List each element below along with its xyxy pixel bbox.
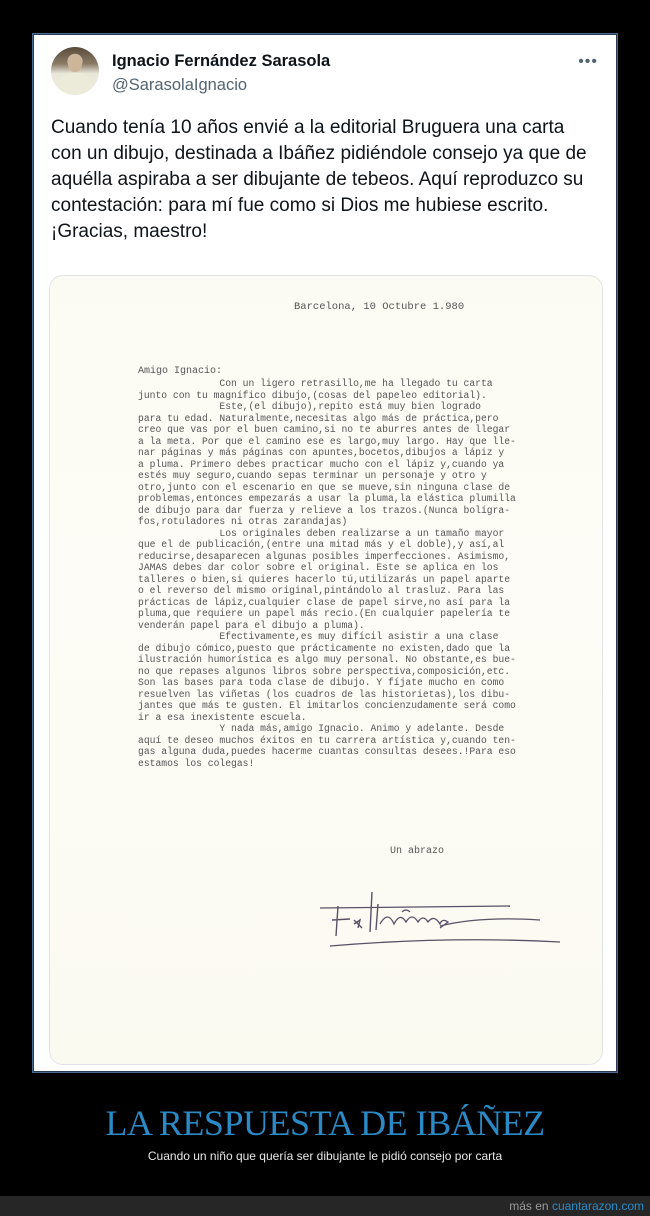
avatar-head <box>68 54 82 72</box>
footer-prefix: más en <box>509 1199 548 1213</box>
letter-closing: Un abrazo <box>390 846 444 858</box>
letter-image[interactable]: Barcelona, 10 Octubre 1.980 Amigo Ignaci… <box>49 275 603 1065</box>
meme-headline: LA RESPUESTA DE IBÁÑEZ <box>0 1102 650 1144</box>
tweet-screenshot-frame: Ignacio Fernández Sarasola @SarasolaIgna… <box>32 33 618 1073</box>
site-link[interactable]: cuantarazon.com <box>552 1199 644 1213</box>
more-horizontal-icon[interactable]: ••• <box>578 53 598 71</box>
site-footer: más en cuantarazon.com <box>0 1196 650 1216</box>
author-name[interactable]: Ignacio Fernández Sarasola <box>112 52 330 71</box>
letter-body: Con un ligero retrasillo,me ha llegado t… <box>138 378 598 769</box>
tweet-text: Cuando tenía 10 años envié a la editoria… <box>51 115 596 245</box>
author-avatar[interactable] <box>51 47 99 95</box>
letter-greeting: Amigo Ignacio: <box>138 366 222 378</box>
signature-icon: F. Ibáñez <box>310 886 570 956</box>
typed-letter: Barcelona, 10 Octubre 1.980 Amigo Ignaci… <box>50 276 602 1064</box>
letter-date: Barcelona, 10 Octubre 1.980 <box>294 302 464 314</box>
avatar-sweater <box>59 73 91 95</box>
author-handle[interactable]: @SarasolaIgnacio <box>112 76 247 95</box>
meme-subheadline: Cuando un niño que quería ser dibujante … <box>0 1149 650 1163</box>
tweet-card: Ignacio Fernández Sarasola @SarasolaIgna… <box>34 35 616 1071</box>
